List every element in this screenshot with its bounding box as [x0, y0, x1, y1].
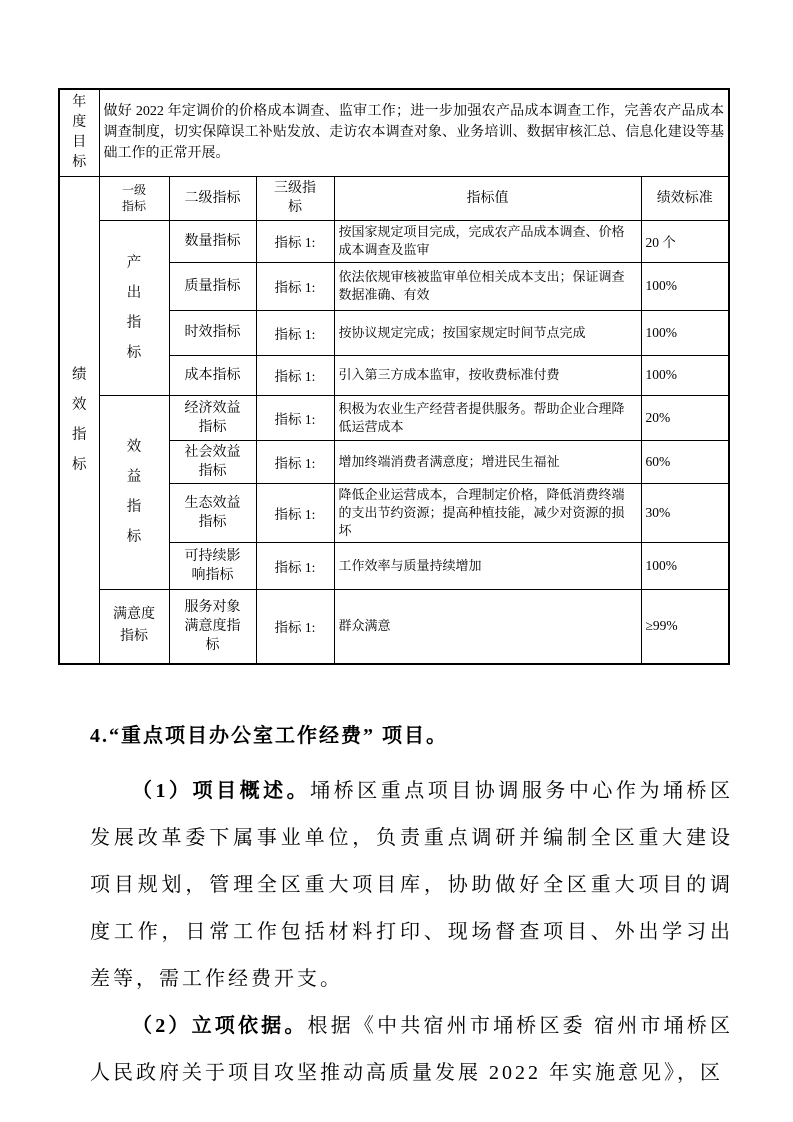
performance-indicator-label: 绩 效 指 标: [59, 176, 99, 664]
standard-cell: 60%: [641, 440, 729, 483]
paragraph-lead: （2）立项依据。: [132, 1015, 308, 1037]
standard-cell: 100%: [641, 262, 729, 310]
value-cell: 按国家规定项目完成，完成农产品成本调查、价格成本调查及监审: [334, 220, 641, 262]
header-value: 指标值: [334, 176, 641, 220]
paragraph-lead: （1）项目概述。: [132, 780, 310, 802]
level2-cell: 经济效益 指标: [169, 395, 256, 440]
document-page: 年 度 目 标 做好 2022 年定调价的价格成本调查、监审工作；进一步加强农产…: [0, 0, 793, 1122]
standard-cell: 20%: [641, 395, 729, 440]
standard-cell: 20 个: [641, 220, 729, 262]
level2-cell: 生态效益 指标: [169, 483, 256, 542]
level3-cell: 指标 1:: [256, 310, 334, 355]
value-cell: 工作效率与质量持续增加: [334, 542, 641, 589]
level3-cell: 指标 1:: [256, 262, 334, 310]
level3-cell: 指标 1:: [256, 220, 334, 262]
table-row: 满意度 指标 服务对象 满意度指 标 指标 1: 群众满意 ≥99%: [59, 589, 729, 664]
header-level1: 一级 指标: [99, 176, 169, 220]
group-label-output: 产 出 指 标: [99, 220, 169, 395]
standard-cell: ≥99%: [641, 589, 729, 664]
annual-goal-row: 年 度 目 标 做好 2022 年定调价的价格成本调查、监审工作；进一步加强农产…: [59, 89, 729, 176]
value-cell: 依法依规审核被监审单位相关成本支出；保证调查数据准确、有效: [334, 262, 641, 310]
value-cell: 引入第三方成本监审，按收费标准付费: [334, 355, 641, 395]
paragraph-overview: （1）项目概述。埇桥区重点项目协调服务中心作为埇桥区发展改革委下属事业单位，负责…: [90, 768, 733, 1003]
group-label-benefit: 效 益 指 标: [99, 395, 169, 589]
value-cell: 群众满意: [334, 589, 641, 664]
level2-cell: 数量指标: [169, 220, 256, 262]
level3-cell: 指标 1:: [256, 395, 334, 440]
level3-cell: 指标 1:: [256, 440, 334, 483]
level3-cell: 指标 1:: [256, 542, 334, 589]
performance-table: 年 度 目 标 做好 2022 年定调价的价格成本调查、监审工作；进一步加强农产…: [58, 88, 730, 665]
group-label-satisfaction: 满意度 指标: [99, 589, 169, 664]
standard-cell: 100%: [641, 310, 729, 355]
level3-cell: 指标 1:: [256, 483, 334, 542]
value-cell: 增加终端消费者满意度；增进民生福祉: [334, 440, 641, 483]
section-heading: 4.“重点项目办公室工作经费” 项目。: [90, 713, 733, 760]
standard-cell: 100%: [641, 355, 729, 395]
annual-goal-label: 年 度 目 标: [59, 89, 99, 176]
header-standard: 绩效标准: [641, 176, 729, 220]
annual-goal-text: 做好 2022 年定调价的价格成本调查、监审工作；进一步加强农产品成本调查工作，…: [99, 89, 729, 176]
standard-cell: 100%: [641, 542, 729, 589]
level2-cell: 成本指标: [169, 355, 256, 395]
level3-cell: 指标 1:: [256, 589, 334, 664]
paragraph-body: 埇桥区重点项目协调服务中心作为埇桥区发展改革委下属事业单位，负责重点调研并编制全…: [90, 780, 733, 990]
content-area: 年 度 目 标 做好 2022 年定调价的价格成本调查、监审工作；进一步加强农产…: [58, 88, 735, 1097]
paragraph-basis: （2）立项依据。根据《中共宿州市埇桥区委 宿州市埇桥区人民政府关于项目攻坚推动高…: [90, 1003, 733, 1097]
level2-cell: 服务对象 满意度指 标: [169, 589, 256, 664]
body-text: 4.“重点项目办公室工作经费” 项目。 （1）项目概述。埇桥区重点项目协调服务中…: [90, 713, 733, 1097]
level2-cell: 社会效益 指标: [169, 440, 256, 483]
value-cell: 积极为农业生产经营者提供服务。帮助企业合理降低运营成本: [334, 395, 641, 440]
standard-cell: 30%: [641, 483, 729, 542]
value-cell: 降低企业运营成本，合理制定价格，降低消费终端的支出节约资源；提高种植技能，减少对…: [334, 483, 641, 542]
table-row: 效 益 指 标 经济效益 指标 指标 1: 积极为农业生产经营者提供服务。帮助企…: [59, 395, 729, 440]
level3-cell: 指标 1:: [256, 355, 334, 395]
table-row: 产 出 指 标 数量指标 指标 1: 按国家规定项目完成，完成农产品成本调查、价…: [59, 220, 729, 262]
header-level3: 三级指 标: [256, 176, 334, 220]
level2-cell: 质量指标: [169, 262, 256, 310]
table-header-row: 绩 效 指 标 一级 指标 二级指标 三级指 标 指标值 绩效标准: [59, 176, 729, 220]
header-level2: 二级指标: [169, 176, 256, 220]
value-cell: 按协议规定完成；按国家规定时间节点完成: [334, 310, 641, 355]
level2-cell: 时效指标: [169, 310, 256, 355]
level2-cell: 可持续影 响指标: [169, 542, 256, 589]
